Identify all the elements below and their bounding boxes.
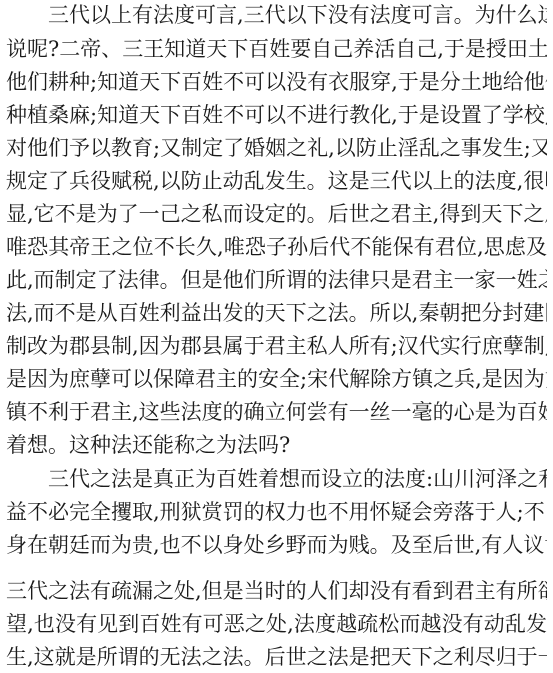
text-line: 说呢?二帝、三王知道天下百姓要自己养活自己,于是授田土给 — [6, 36, 547, 62]
document-page: 三代以上有法度可言,三代以下没有法度可言。为什么这样 说呢?二帝、三王知道天下百… — [0, 0, 553, 673]
text-line: 此,而制定了法律。但是他们所谓的法律只是君主一家一姓之 — [6, 267, 547, 293]
text-line: 制改为郡县制,因为郡县属于君主私人所有;汉代实行庶孽制, — [6, 333, 547, 359]
text-line: 是因为庶孽可以保障君主的安全;宋代解除方镇之兵,是因为方 — [6, 366, 547, 392]
text-line: 镇不利于君主,这些法度的确立何尝有一丝一毫的心是为百姓 — [6, 399, 547, 425]
text-line: 唯恐其帝王之位不长久,唯恐子孙后代不能保有君位,思虑及 — [6, 234, 547, 260]
text-line: 益不必完全攫取,刑狱赏罚的权力也不用怀疑会旁落于人;不以 — [6, 499, 547, 525]
text-line: 他们耕种;知道天下百姓不可以没有衣服穿,于是分土地给他们 — [6, 69, 547, 95]
text-line: 三代以上有法度可言,三代以下没有法度可言。为什么这样 — [48, 2, 547, 28]
text-line: 对他们予以教育;又制定了婚姻之礼,以防止淫乱之事发生;又 — [6, 135, 547, 161]
text-line: 望,也没有见到百姓有可恶之处,法度越疏松而越没有动乱发 — [6, 611, 547, 637]
text-line: 显,它不是为了一己之私而设定的。后世之君主,得到天下之后, — [6, 201, 547, 227]
text-line: 身在朝廷而为贵,也不以身处乡野而为贱。及至后世,有人议论 — [6, 532, 547, 558]
text-line: 种植桑麻;知道天下百姓不可以不进行教化,于是设置了学校, — [6, 102, 547, 128]
text-line: 三代之法有疏漏之处,但是当时的人们却没有看到君主有所欲 — [6, 578, 547, 604]
text-line: 规定了兵役赋税,以防止动乱发生。这是三代以上的法度,很明 — [6, 168, 547, 194]
text-line: 法,而不是从百姓利益出发的天下之法。所以,秦朝把分封建国 — [6, 300, 547, 326]
text-line: 三代之法是真正为百姓着想而设立的法度:山川河泽之利 — [48, 466, 547, 492]
text-line: 生,这就是所谓的无法之法。后世之法是把天下之利尽归于一己 — [6, 644, 547, 670]
text-line: 着想。这种法还能称之为法吗? — [6, 432, 547, 458]
